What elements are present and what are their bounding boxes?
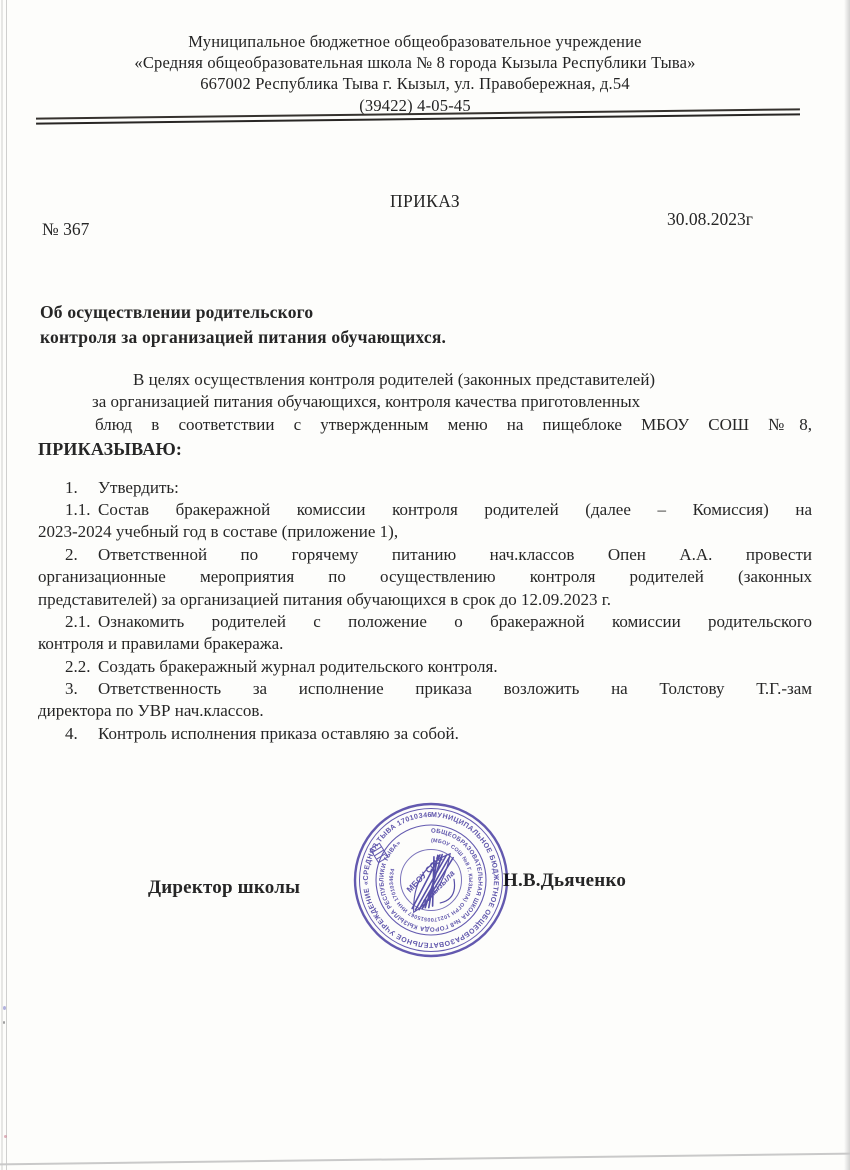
body-line: представителей) за организацией питания … — [38, 589, 812, 611]
scanned-order-document: Муниципальное бюджетное общеобразователь… — [0, 0, 850, 1170]
line-text: представителей) за организацией питания … — [38, 590, 611, 609]
scan-speck — [4, 1135, 7, 1138]
letterhead: Муниципальное бюджетное общеобразователь… — [0, 31, 830, 116]
line-text: 2023-2024 учебный год в составе (приложе… — [38, 522, 398, 541]
scan-edge-bottom-line — [0, 1153, 850, 1165]
line-text: Утвердить: — [98, 478, 179, 497]
item-number: 4. — [65, 723, 98, 745]
scan-edge-left-shadow — [1, 0, 3, 1170]
item-number: 1.1. — [65, 499, 98, 521]
body-line: контроля и правилами бракеража. — [38, 633, 812, 655]
line-text: Ответственной по горячему питанию нач.кл… — [98, 545, 812, 564]
subject-line-1: Об осуществлении родительского — [40, 300, 446, 325]
scan-speck — [3, 1006, 6, 1010]
body-line: В целях осуществления контроля родителей… — [38, 369, 812, 391]
body-line: 3.Ответственность за исполнение приказа … — [38, 678, 812, 700]
order-date: 30.08.2023г — [667, 209, 753, 230]
scan-edge-left-line — [6, 0, 7, 1170]
line-text: Создать бракеражный журнал родительского… — [98, 657, 498, 676]
letterhead-line-3: 667002 Республика Тыва г. Кызыл, ул. Пра… — [0, 73, 830, 94]
body-line: 1.Утвердить: — [38, 477, 812, 499]
body-line: 1.1.Состав бракеражной комиссии контроля… — [38, 499, 812, 521]
order-body: В целях осуществления контроля родителей… — [38, 369, 812, 745]
line-text: Состав бракеражной комиссии контроля род… — [98, 500, 812, 519]
body-line: 2.2.Создать бракеражный журнал родительс… — [38, 656, 812, 678]
body-line: 2023-2024 учебный год в составе (приложе… — [38, 521, 812, 543]
line-text: В целях осуществления контроля родителей… — [133, 370, 655, 389]
signature-name: Н.В.Дьяченко — [503, 870, 626, 892]
order-number: № 367 — [42, 219, 89, 240]
item-number: 2. — [65, 544, 98, 566]
line-text: за организацией питания обучающихся, кон… — [92, 392, 640, 411]
body-line: 2.1.Ознакомить родителей с положение о б… — [38, 611, 812, 633]
line-text: блюд в соответствии с утвержденным меню … — [95, 415, 812, 434]
subject-line-2: контроля за организацией питания обучающ… — [40, 325, 446, 350]
body-line: директора по УВР нач.классов. — [38, 700, 812, 722]
scan-edge-right-band — [844, 0, 850, 1170]
body-line-prikazyvayu: ПРИКАЗЫВАЮ: — [38, 438, 812, 460]
body-line: за организацией питания обучающихся, кон… — [38, 391, 812, 413]
line-text: контроля и правилами бракеража. — [38, 634, 283, 653]
line-text: директора по УВР нач.классов. — [38, 701, 264, 720]
signature-role: Директор школы — [148, 877, 300, 899]
letterhead-line-2: «Средняя общеобразовательная школа № 8 г… — [0, 52, 830, 73]
body-line: блюд в соответствии с утвержденным меню … — [38, 414, 812, 436]
line-text: ПРИКАЗЫВАЮ: — [38, 439, 182, 459]
body-line: 4.Контроль исполнения приказа оставляю з… — [38, 723, 812, 745]
letterhead-line-1: Муниципальное бюджетное общеобразователь… — [0, 31, 830, 52]
body-line: организационные мероприятия по осуществл… — [38, 566, 812, 588]
scan-speck — [3, 1021, 5, 1024]
stamp-outer-circle — [355, 804, 507, 956]
line-text: Ответственность за исполнение приказа во… — [98, 679, 812, 698]
order-subject: Об осуществлении родительского контроля … — [40, 300, 446, 351]
official-stamp: МУНИЦИПАЛЬНОЕ БЮДЖЕТНОЕ ОБЩЕОБРАЗОВАТЕЛЬ… — [349, 798, 513, 962]
body-line: 2.Ответственной по горячему питанию нач.… — [38, 544, 812, 566]
line-text: организационные мероприятия по осуществл… — [38, 567, 812, 586]
line-text: Контроль исполнения приказа оставляю за … — [98, 724, 459, 743]
item-number: 3. — [65, 678, 98, 700]
item-number: 1. — [65, 477, 98, 499]
line-text: Ознакомить родителей с положение о браке… — [98, 612, 812, 631]
item-number: 2.2. — [65, 656, 98, 678]
stamp-ring-inner-text: (МБОУ СОШ №8 Г. КЫЗЫЛА) ОГРН 10217005150… — [389, 838, 473, 922]
item-number: 2.1. — [65, 611, 98, 633]
